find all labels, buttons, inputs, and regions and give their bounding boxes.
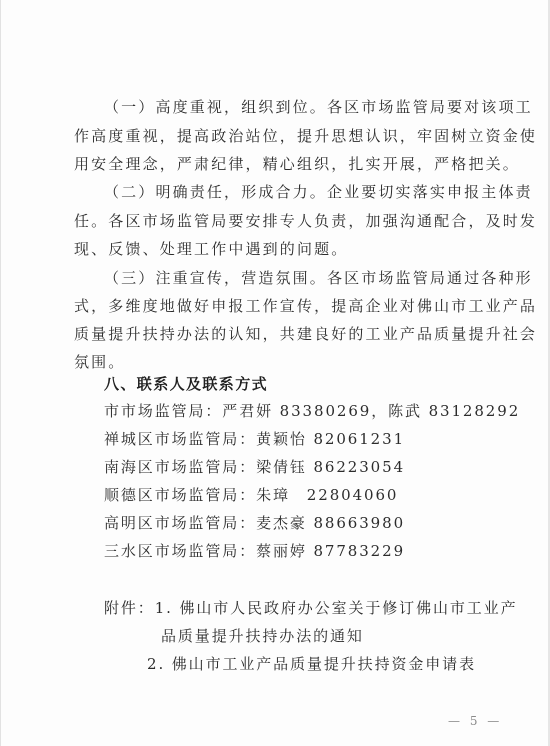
contact-line: 顺德区市场监管局：朱璋 22804060	[104, 485, 398, 505]
paragraph-2-line-1: （二）明确责任，形成合力。企业要切实落实申报主体责	[104, 182, 533, 202]
paragraph-3-line-2: 式，多维度地做好申报工作宣传，提高企业对佛山市工业产品	[74, 296, 537, 316]
attachment-line-2: 品质量提升扶持办法的通知	[161, 626, 364, 646]
document-page: （一）高度重视，组织到位。各区市场监管局要对该项工 作高度重视，提高政治站位，提…	[0, 0, 550, 746]
page-edge-left	[0, 0, 1, 746]
paragraph-1-line-3: 用安全理念，严肃纪律，精心组织，扎实开展，严格把关。	[74, 154, 520, 174]
section-heading: 八、联系人及联系方式	[104, 374, 268, 394]
paragraph-3-line-1: （三）注重宣传，营造氛围。各区市场监管局通过各种形	[104, 268, 533, 288]
paragraph-3-line-4: 氛围。	[74, 352, 125, 372]
attachment-line-1: 附件：1. 佛山市人民政府办公室关于修订佛山市工业产	[104, 598, 517, 618]
attachment-line-3: 2. 佛山市工业产品质量提升扶持资金申请表	[147, 654, 476, 674]
paragraph-2-line-3: 现、反馈、处理工作中遇到的问题。	[74, 239, 348, 259]
page-number: — 5 —	[448, 714, 502, 728]
contact-line: 三水区市场监管局：蔡丽婷 87783229	[104, 541, 405, 561]
contact-line: 禅城区市场监管局：黄颖怡 82061231	[104, 429, 405, 449]
contact-line: 市市场监管局：严君妍 83380269，陈武 83128292	[104, 401, 520, 421]
paragraph-3-line-3: 质量提升扶持办法的认知，共建良好的工业产品质量提升社会	[74, 324, 537, 344]
contact-line: 高明区市场监管局：麦杰豪 88663980	[104, 513, 405, 533]
contact-line: 南海区市场监管局：梁倩钰 86223054	[104, 457, 405, 477]
paragraph-1-line-1: （一）高度重视，组织到位。各区市场监管局要对该项工	[104, 97, 533, 117]
paragraph-2-line-2: 任。各区市场监管局要安排专人负责，加强沟通配合，及时发	[74, 211, 537, 231]
paragraph-1-line-2: 作高度重视，提高政治站位，提升思想认识，牢固树立资金使	[74, 126, 537, 146]
